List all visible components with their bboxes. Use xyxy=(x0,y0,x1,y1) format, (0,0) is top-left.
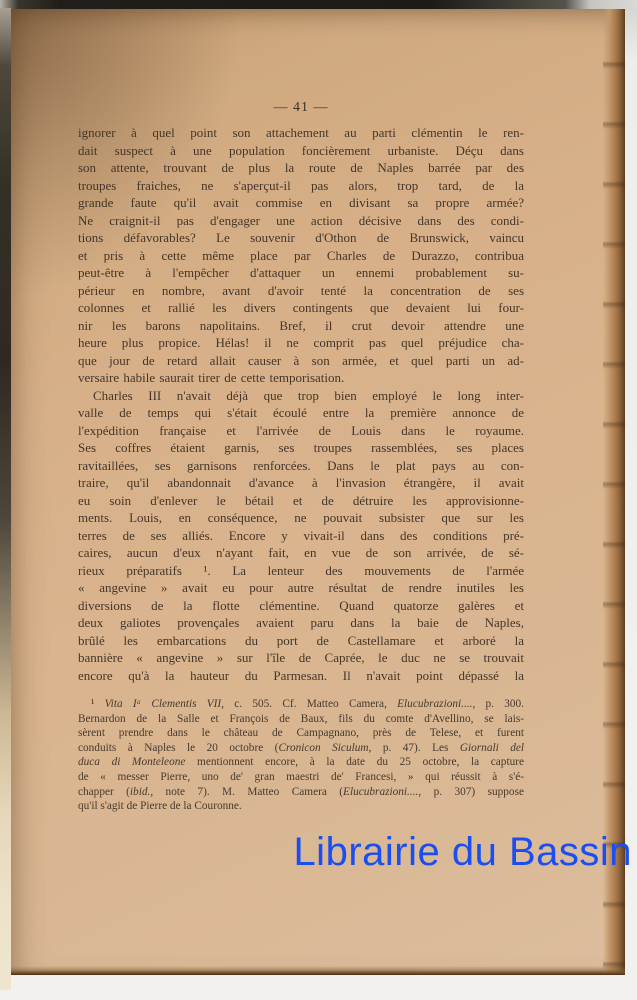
footnote-italic-text: Vita Iᵃ Clementis VII xyxy=(105,698,222,710)
text-line: versaire habile saurait tirer de cette t… xyxy=(78,369,524,387)
text-line: nir les barons napolitains. Bref, il cru… xyxy=(78,317,524,335)
text-line: que jour de retard allait causer à son a… xyxy=(78,352,524,370)
footnote-text: conduits à Naples le 20 octobre ( xyxy=(78,742,278,754)
text-line: terres de ses alliés. Encore y vivait-il… xyxy=(78,527,524,545)
bookseller-watermark: Librairie du Bassin xyxy=(293,830,632,875)
text-line: ravitaillées, ses garnisons renforcées. … xyxy=(78,457,524,475)
footnote-line: duca di Monteleone mentionnent encore, à… xyxy=(78,755,524,770)
footnote-line: qu'il s'agit de Pierre de la Couronne. xyxy=(78,799,524,814)
footnote-text: , note 7). M. Matteo Camera ( xyxy=(150,786,343,798)
text-line: brûlé les embarcations du port de Castel… xyxy=(78,632,524,650)
text-line: Ses coffres étaient garnis, ses troupes … xyxy=(78,439,524,457)
footnote-line: sèrent prendre dans le château de Campag… xyxy=(78,726,524,741)
page-stack-bottom-edge xyxy=(11,966,625,975)
footnote-line: conduits à Naples le 20 octobre (Cronico… xyxy=(78,741,524,756)
text-line: « angevine » avait eu pour autre résulta… xyxy=(78,579,524,597)
footnote-line: de « messer Pierre, uno de' gran maestri… xyxy=(78,770,524,785)
footnote-text: ¹ xyxy=(91,698,105,710)
footnote-text: de « messer Pierre, uno de' gran maestri… xyxy=(78,771,524,783)
text-line: troupes fraiches, ne s'aperçut-il pas al… xyxy=(78,177,524,195)
text-line: Ne craignit-il pas d'engager une action … xyxy=(78,212,524,230)
body-text: ignorer à quel point son attachement au … xyxy=(78,124,524,684)
text-line: heure plus propice. Hélas! il ne comprit… xyxy=(78,334,524,352)
footnote-text: , p. 300. xyxy=(472,698,524,710)
book-page-photo: — 41 — ignorer à quel point son attachem… xyxy=(0,0,637,1000)
text-line: dait suspect à une population foncièreme… xyxy=(78,142,524,160)
footnote: ¹ Vita Iᵃ Clementis VII, c. 505. Cf. Mat… xyxy=(78,697,524,814)
page-number: — 41 — xyxy=(78,99,524,117)
footnote-line: ¹ Vita Iᵃ Clementis VII, c. 505. Cf. Mat… xyxy=(78,697,524,712)
text-line: bannière « angevine » sur l'île de Capré… xyxy=(78,649,524,667)
footnote-text: , p. 47). Les xyxy=(369,742,460,754)
text-line: caires, aucun d'eux n'ayant fait, en vue… xyxy=(78,544,524,562)
text-line: colonnes et rallié les divers contingent… xyxy=(78,299,524,317)
text-line: son attente, trouvant de plus la route d… xyxy=(78,159,524,177)
text-line: l'expédition française et l'arrivée de L… xyxy=(78,422,524,440)
footnote-line: chapper (ibid., note 7). M. Matteo Camer… xyxy=(78,785,524,800)
footnote-italic-text: duca di Monteleone xyxy=(78,756,185,768)
footnote-line: Bernardon de la Salle et François de Bau… xyxy=(78,712,524,727)
footnote-text: , p. 307) suppose xyxy=(418,786,524,798)
footnote-text: chapper ( xyxy=(78,786,130,798)
footnote-italic-text: Cronicon Siculum xyxy=(278,742,368,754)
text-line: peut-être à l'empêcher d'attaquer un enn… xyxy=(78,264,524,282)
text-line: rieux préparatifs ¹. La lenteur des mouv… xyxy=(78,562,524,580)
footnote-italic-text: Elucubrazioni.... xyxy=(397,698,472,710)
text-line: périeur en nombre, avant d'avoir tenté l… xyxy=(78,282,524,300)
page-text-block: — 41 — ignorer à quel point son attachem… xyxy=(78,99,524,814)
footnote-text: qu'il s'agit de Pierre de la Couronne. xyxy=(78,800,242,812)
footnote-italic-text: Elucubrazioni.... xyxy=(343,786,418,798)
backdrop-top-shadow xyxy=(0,0,637,9)
text-line: diversions de la flotte clémentine. Quan… xyxy=(78,597,524,615)
text-line: Charles III n'avait déjà que trop bien e… xyxy=(78,387,524,405)
text-line: ments. Louis, en conséquence, ne pouvait… xyxy=(78,509,524,527)
text-line: tions défavorables? Le souvenir d'Othon … xyxy=(78,229,524,247)
footnote-text: Bernardon de la Salle et François de Bau… xyxy=(78,713,524,725)
text-line: deux galiotes provençales avaient paru d… xyxy=(78,614,524,632)
text-line: et pris à cette même place par Charles d… xyxy=(78,247,524,265)
footnote-italic-text: Giornali del xyxy=(460,742,524,754)
footnote-text: sèrent prendre dans le château de Campag… xyxy=(78,727,524,739)
text-line: traire, qu'il abandonnait d'avance à l'i… xyxy=(78,474,524,492)
footnote-text: mentionnent encore, à la date du 25 octo… xyxy=(185,756,524,768)
text-line: grande faute qu'il avait commise en divi… xyxy=(78,194,524,212)
footnote-italic-text: ibid. xyxy=(130,786,150,798)
text-line: valle de temps qui s'était écoulé entre … xyxy=(78,404,524,422)
book-binding-edge xyxy=(0,8,11,990)
footnote-text: , c. 505. Cf. Matteo Camera, xyxy=(221,698,397,710)
text-line: encore qu'à la hauteur du Parmesan. Il n… xyxy=(78,667,524,685)
text-line: eu soin d'enlever le bétail et de détrui… xyxy=(78,492,524,510)
text-line: ignorer à quel point son attachement au … xyxy=(78,124,524,142)
